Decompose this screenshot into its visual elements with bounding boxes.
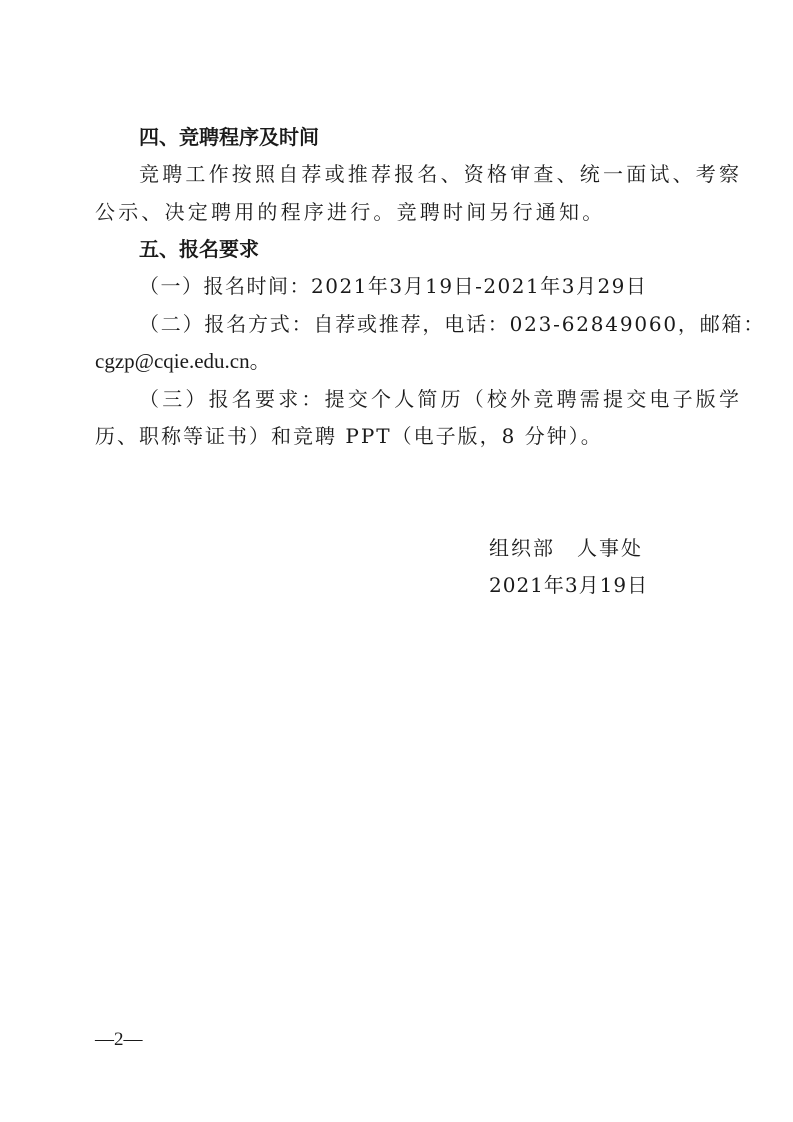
registration-requirements-line-1: （三）报名要求：提交个人简历（校外竞聘需提交电子版学 bbox=[139, 386, 742, 412]
registration-email: cgzp@cqie.edu.cn。 bbox=[95, 348, 271, 374]
registration-time: （一）报名时间：2021年3月19日-2021年3月29日 bbox=[139, 273, 647, 299]
section-5-heading: 五、报名要求 bbox=[139, 236, 259, 262]
section-4-paragraph-line-2: 公示、决定聘用的程序进行。竞聘时间另行通知。 bbox=[95, 199, 605, 225]
signature-departments: 组织部 人事处 bbox=[489, 535, 643, 561]
section-4-heading: 四、竞聘程序及时间 bbox=[139, 124, 319, 150]
section-4-paragraph-line-1: 竞聘工作按照自荐或推荐报名、资格审查、统一面试、考察 bbox=[139, 161, 742, 187]
page-number: —2— bbox=[95, 1028, 143, 1052]
registration-requirements-line-2: 历、职称等证书）和竞聘 PPT（电子版，8 分钟）。 bbox=[95, 423, 603, 449]
registration-method-line-1: （二）报名方式：自荐或推荐，电话：023-62849060，邮箱： bbox=[139, 311, 765, 337]
signature-date: 2021年3月19日 bbox=[489, 572, 648, 598]
